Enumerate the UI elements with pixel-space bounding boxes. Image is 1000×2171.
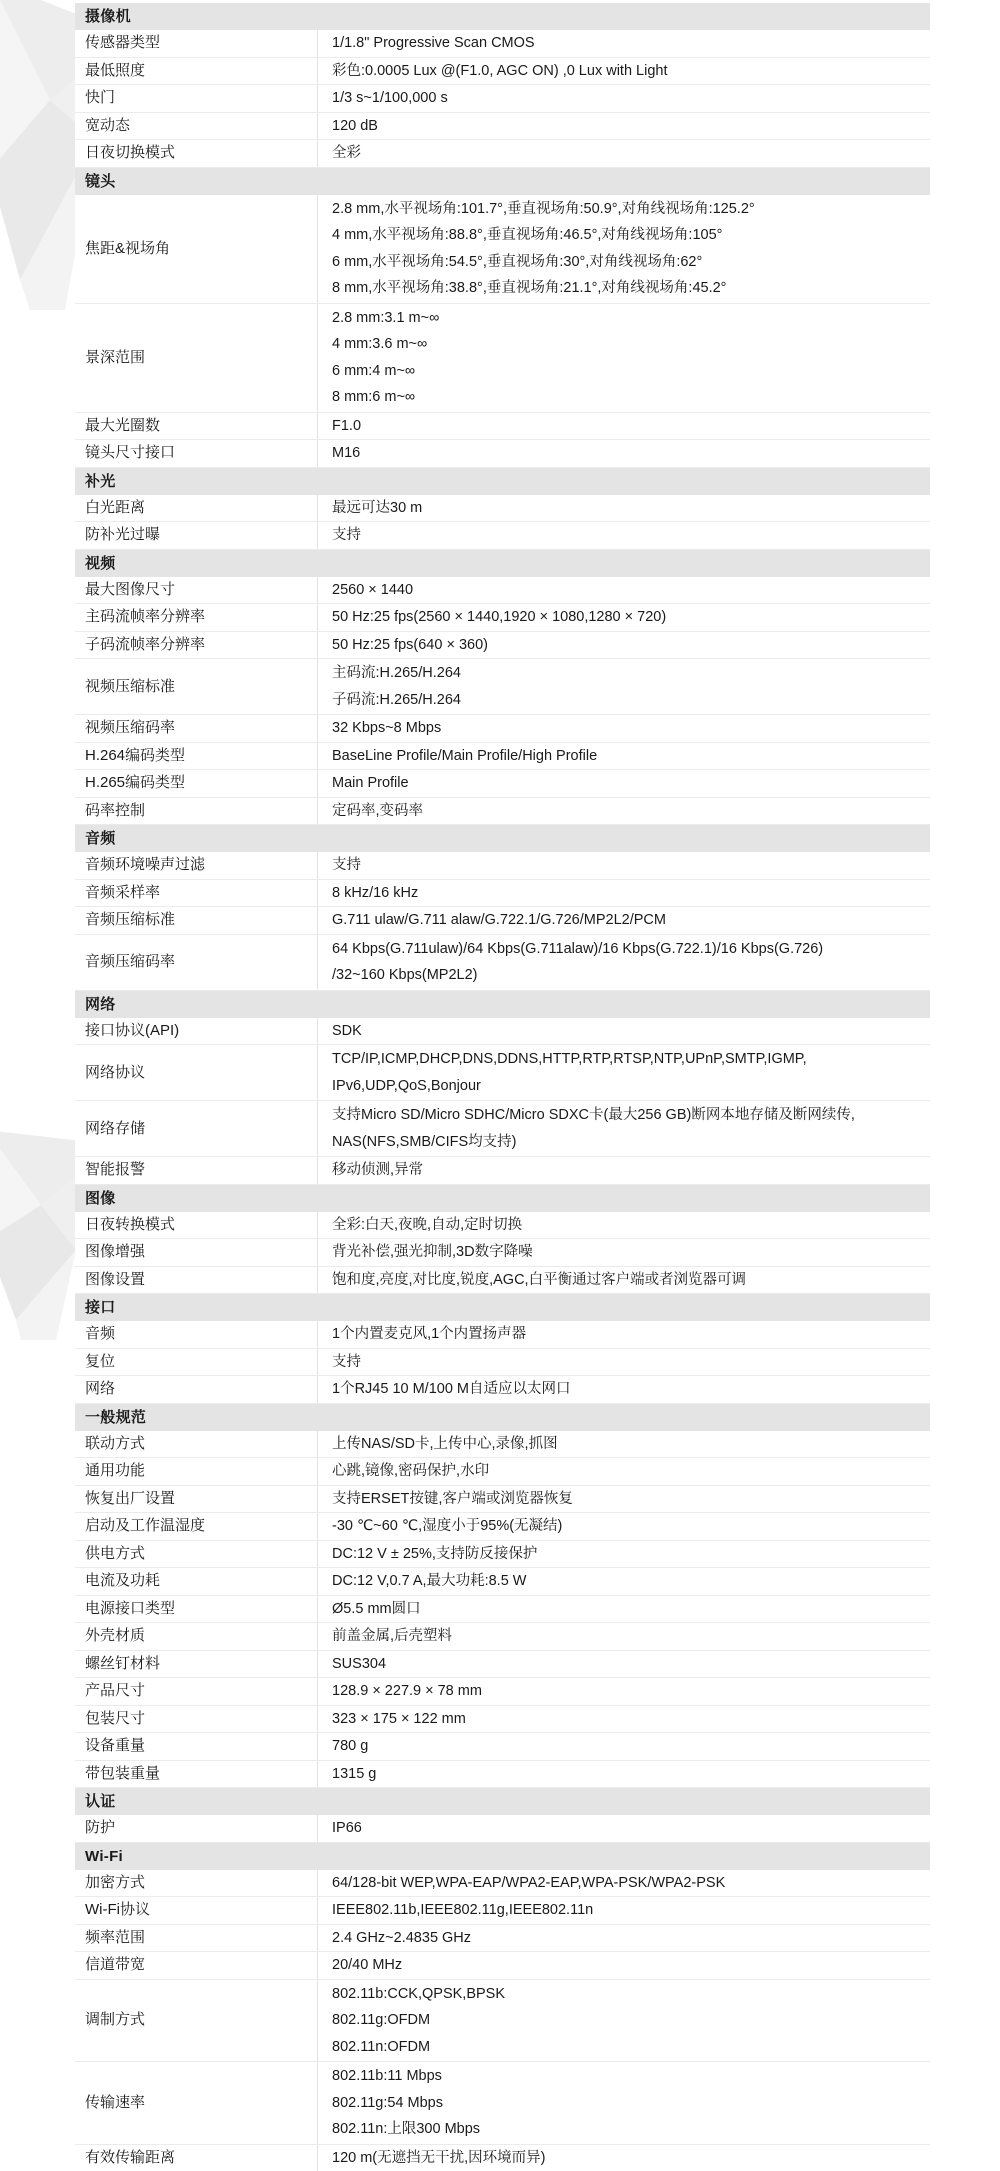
spec-value: 主码流:H.265/H.264子码流:H.265/H.264 — [317, 659, 930, 714]
spec-value: 支持 — [317, 522, 930, 549]
spec-row: 音频压缩标准G.711 ulaw/G.711 alaw/G.722.1/G.72… — [75, 907, 930, 935]
spec-label: 产品尺寸 — [75, 1678, 317, 1705]
spec-row: 外壳材质前盖金属,后壳塑料 — [75, 1623, 930, 1651]
spec-label: 加密方式 — [75, 1870, 317, 1897]
spec-label: 复位 — [75, 1349, 317, 1376]
section-header: 接口 — [75, 1294, 930, 1321]
spec-value-line: 802.11g:54 Mbps — [332, 2090, 920, 2117]
spec-row: 网络协议TCP/IP,ICMP,DHCP,DNS,DDNS,HTTP,RTP,R… — [75, 1045, 930, 1101]
spec-value-line: Ø5.5 mm圆口 — [332, 1596, 920, 1623]
spec-row: 传感器类型1/1.8" Progressive Scan CMOS — [75, 30, 930, 58]
spec-row: 图像增强背光补偿,强光抑制,3D数字降噪 — [75, 1239, 930, 1267]
spec-label: 智能报警 — [75, 1157, 317, 1184]
spec-value-line: 802.11b:CCK,QPSK,BPSK — [332, 1981, 920, 2008]
spec-label: 视频压缩码率 — [75, 715, 317, 742]
spec-value-line: 1/1.8" Progressive Scan CMOS — [332, 30, 920, 57]
spec-value-line: Main Profile — [332, 770, 920, 797]
spec-value-line: 50 Hz:25 fps(640 × 360) — [332, 632, 920, 659]
spec-label: 最大光圈数 — [75, 413, 317, 440]
spec-value-line: IPv6,UDP,QoS,Bonjour — [332, 1073, 920, 1100]
spec-row: 恢复出厂设置支持ERSET按键,客户端或浏览器恢复 — [75, 1486, 930, 1514]
spec-value: 支持 — [317, 1349, 930, 1376]
spec-row: 音频1个内置麦克风,1个内置扬声器 — [75, 1321, 930, 1349]
spec-value: 2.8 mm,水平视场角:101.7°,垂直视场角:50.9°,对角线视场角:1… — [317, 195, 930, 303]
spec-label: 音频采样率 — [75, 880, 317, 907]
section-header: 摄像机 — [75, 3, 930, 30]
spec-value-line: /32~160 Kbps(MP2L2) — [332, 962, 920, 989]
spec-row: 联动方式上传NAS/SD卡,上传中心,录像,抓图 — [75, 1431, 930, 1459]
spec-label: 外壳材质 — [75, 1623, 317, 1650]
spec-value: 全彩:白天,夜晚,自动,定时切换 — [317, 1212, 930, 1239]
spec-row: 图像设置饱和度,亮度,对比度,锐度,AGC,白平衡通过客户端或者浏览器可调 — [75, 1267, 930, 1295]
spec-value-line: M16 — [332, 440, 920, 467]
spec-value-line: 1/3 s~1/100,000 s — [332, 85, 920, 112]
spec-value-line: 120 m(无遮挡无干扰,因环境而异) — [332, 2145, 920, 2171]
spec-table: 摄像机传感器类型1/1.8" Progressive Scan CMOS最低照度… — [75, 3, 930, 2171]
spec-row: 子码流帧率分辨率50 Hz:25 fps(640 × 360) — [75, 632, 930, 660]
spec-row: 最大图像尺寸2560 × 1440 — [75, 577, 930, 605]
spec-label: 恢复出厂设置 — [75, 1486, 317, 1513]
spec-value: 1315 g — [317, 1761, 930, 1788]
spec-label: H.265编码类型 — [75, 770, 317, 797]
spec-value-line: 6 mm:4 m~∞ — [332, 358, 920, 385]
spec-value: 上传NAS/SD卡,上传中心,录像,抓图 — [317, 1431, 930, 1458]
spec-value-line: F1.0 — [332, 413, 920, 440]
spec-value-line: 全彩 — [332, 140, 920, 167]
spec-value-line: 1个RJ45 10 M/100 M自适应以太网口 — [332, 1376, 920, 1403]
spec-value: IEEE802.11b,IEEE802.11g,IEEE802.11n — [317, 1897, 930, 1924]
spec-value: F1.0 — [317, 413, 930, 440]
spec-value: Ø5.5 mm圆口 — [317, 1596, 930, 1623]
spec-value: 780 g — [317, 1733, 930, 1760]
spec-value: 支持 — [317, 852, 930, 879]
spec-value-line: 移动侦测,异常 — [332, 1157, 920, 1184]
spec-value-line: NAS(NFS,SMB/CIFS均支持) — [332, 1129, 920, 1156]
spec-row: 音频压缩码率64 Kbps(G.711ulaw)/64 Kbps(G.711al… — [75, 935, 930, 991]
spec-value-line: 全彩:白天,夜晚,自动,定时切换 — [332, 1212, 920, 1239]
spec-value: 彩色:0.0005 Lux @(F1.0, AGC ON) ,0 Lux wit… — [317, 58, 930, 85]
spec-value: 1/3 s~1/100,000 s — [317, 85, 930, 112]
spec-label: 音频压缩标准 — [75, 907, 317, 934]
spec-row: 通用功能心跳,镜像,密码保护,水印 — [75, 1458, 930, 1486]
spec-value: 802.11b:11 Mbps802.11g:54 Mbps802.11n:上限… — [317, 2062, 930, 2144]
spec-value-line: 上传NAS/SD卡,上传中心,录像,抓图 — [332, 1431, 920, 1458]
spec-row: H.264编码类型BaseLine Profile/Main Profile/H… — [75, 743, 930, 771]
spec-value: 定码率,变码率 — [317, 798, 930, 825]
spec-row: 镜头尺寸接口M16 — [75, 440, 930, 468]
spec-value-line: DC:12 V ± 25%,支持防反接保护 — [332, 1541, 920, 1568]
spec-value-line: 支持 — [332, 852, 920, 879]
spec-label: 镜头尺寸接口 — [75, 440, 317, 467]
spec-value: 支持Micro SD/Micro SDHC/Micro SDXC卡(最大256 … — [317, 1101, 930, 1156]
spec-label: 网络协议 — [75, 1045, 317, 1100]
spec-value: TCP/IP,ICMP,DHCP,DNS,DDNS,HTTP,RTP,RTSP,… — [317, 1045, 930, 1100]
spec-value: 50 Hz:25 fps(640 × 360) — [317, 632, 930, 659]
spec-value-line: 8 kHz/16 kHz — [332, 880, 920, 907]
spec-value-line: DC:12 V,0.7 A,最大功耗:8.5 W — [332, 1568, 920, 1595]
spec-value-line: 2560 × 1440 — [332, 577, 920, 604]
spec-row: 视频压缩标准主码流:H.265/H.264子码流:H.265/H.264 — [75, 659, 930, 715]
spec-row: 白光距离最远可达30 m — [75, 495, 930, 523]
spec-row: 日夜转换模式全彩:白天,夜晚,自动,定时切换 — [75, 1212, 930, 1240]
spec-value: 饱和度,亮度,对比度,锐度,AGC,白平衡通过客户端或者浏览器可调 — [317, 1267, 930, 1294]
spec-value-line: 120 dB — [332, 113, 920, 140]
spec-label: 信道带宽 — [75, 1952, 317, 1979]
spec-row: 主码流帧率分辨率50 Hz:25 fps(2560 × 1440,1920 × … — [75, 604, 930, 632]
spec-row: 供电方式DC:12 V ± 25%,支持防反接保护 — [75, 1541, 930, 1569]
spec-value: SDK — [317, 1018, 930, 1045]
spec-value-line: 780 g — [332, 1733, 920, 1760]
spec-row: 有效传输距离120 m(无遮挡无干扰,因环境而异) — [75, 2145, 930, 2171]
spec-row: 带包装重量1315 g — [75, 1761, 930, 1789]
spec-label: 视频压缩标准 — [75, 659, 317, 714]
spec-value-line: 1315 g — [332, 1761, 920, 1788]
spec-value: BaseLine Profile/Main Profile/High Profi… — [317, 743, 930, 770]
spec-row: 最低照度彩色:0.0005 Lux @(F1.0, AGC ON) ,0 Lux… — [75, 58, 930, 86]
spec-row: 智能报警移动侦测,异常 — [75, 1157, 930, 1185]
spec-row: 音频采样率8 kHz/16 kHz — [75, 880, 930, 908]
spec-value-line: 支持 — [332, 522, 920, 549]
spec-label: 音频环境噪声过滤 — [75, 852, 317, 879]
spec-value: -30 ℃~60 ℃,湿度小于95%(无凝结) — [317, 1513, 930, 1540]
spec-label: 设备重量 — [75, 1733, 317, 1760]
spec-row: 复位支持 — [75, 1349, 930, 1377]
spec-value-line: 802.11n:OFDM — [332, 2034, 920, 2061]
spec-value: 802.11b:CCK,QPSK,BPSK802.11g:OFDM802.11n… — [317, 1980, 930, 2062]
spec-row: 传输速率802.11b:11 Mbps802.11g:54 Mbps802.11… — [75, 2062, 930, 2145]
spec-value: M16 — [317, 440, 930, 467]
spec-label: 日夜转换模式 — [75, 1212, 317, 1239]
spec-label: 图像设置 — [75, 1267, 317, 1294]
spec-row: 频率范围2.4 GHz~2.4835 GHz — [75, 1925, 930, 1953]
spec-row: 加密方式64/128-bit WEP,WPA-EAP/WPA2-EAP,WPA-… — [75, 1870, 930, 1898]
spec-value: Main Profile — [317, 770, 930, 797]
spec-label: 包装尺寸 — [75, 1706, 317, 1733]
spec-label: 电源接口类型 — [75, 1596, 317, 1623]
spec-value: 32 Kbps~8 Mbps — [317, 715, 930, 742]
spec-label: 螺丝钉材料 — [75, 1651, 317, 1678]
section-header: 认证 — [75, 1788, 930, 1815]
spec-value-line: -30 ℃~60 ℃,湿度小于95%(无凝结) — [332, 1513, 920, 1540]
spec-row: 焦距&视场角2.8 mm,水平视场角:101.7°,垂直视场角:50.9°,对角… — [75, 195, 930, 304]
section-header: 图像 — [75, 1185, 930, 1212]
spec-label: 景深范围 — [75, 304, 317, 412]
section-header: 补光 — [75, 468, 930, 495]
spec-value-line: 64/128-bit WEP,WPA-EAP/WPA2-EAP,WPA-PSK/… — [332, 1870, 920, 1897]
spec-label: 供电方式 — [75, 1541, 317, 1568]
spec-row: 码率控制定码率,变码率 — [75, 798, 930, 826]
spec-label: 子码流帧率分辨率 — [75, 632, 317, 659]
spec-value-line: 50 Hz:25 fps(2560 × 1440,1920 × 1080,128… — [332, 604, 920, 631]
spec-label: 图像增强 — [75, 1239, 317, 1266]
section-header: Wi-Fi — [75, 1843, 930, 1870]
spec-value: 1个内置麦克风,1个内置扬声器 — [317, 1321, 930, 1348]
spec-row: 音频环境噪声过滤支持 — [75, 852, 930, 880]
spec-value-line: 802.11n:上限300 Mbps — [332, 2116, 920, 2143]
spec-label: 防护 — [75, 1815, 317, 1842]
spec-value: SUS304 — [317, 1651, 930, 1678]
spec-row: 视频压缩码率32 Kbps~8 Mbps — [75, 715, 930, 743]
spec-value: 128.9 × 227.9 × 78 mm — [317, 1678, 930, 1705]
spec-row: 电源接口类型Ø5.5 mm圆口 — [75, 1596, 930, 1624]
spec-label: 传感器类型 — [75, 30, 317, 57]
spec-value-line: 支持Micro SD/Micro SDHC/Micro SDXC卡(最大256 … — [332, 1102, 920, 1129]
spec-value-line: 背光补偿,强光抑制,3D数字降噪 — [332, 1239, 920, 1266]
spec-row: 宽动态120 dB — [75, 113, 930, 141]
spec-value-line: 1个内置麦克风,1个内置扬声器 — [332, 1321, 920, 1348]
spec-value: 120 dB — [317, 113, 930, 140]
spec-row: 日夜切换模式全彩 — [75, 140, 930, 168]
section-header: 音频 — [75, 825, 930, 852]
spec-value-line: 128.9 × 227.9 × 78 mm — [332, 1678, 920, 1705]
spec-label: 带包装重量 — [75, 1761, 317, 1788]
spec-label: 频率范围 — [75, 1925, 317, 1952]
spec-value-line: 2.8 mm:3.1 m~∞ — [332, 305, 920, 332]
spec-value-line: 4 mm,水平视场角:88.8°,垂直视场角:46.5°,对角线视场角:105° — [332, 222, 920, 249]
spec-value: 1个RJ45 10 M/100 M自适应以太网口 — [317, 1376, 930, 1403]
spec-row: 启动及工作温湿度-30 ℃~60 ℃,湿度小于95%(无凝结) — [75, 1513, 930, 1541]
section-header: 网络 — [75, 991, 930, 1018]
spec-value: 8 kHz/16 kHz — [317, 880, 930, 907]
spec-value: 50 Hz:25 fps(2560 × 1440,1920 × 1080,128… — [317, 604, 930, 631]
section-header: 一般规范 — [75, 1404, 930, 1431]
spec-row: 防补光过曝支持 — [75, 522, 930, 550]
spec-value: 323 × 175 × 122 mm — [317, 1706, 930, 1733]
spec-value: 前盖金属,后壳塑料 — [317, 1623, 930, 1650]
spec-label: Wi-Fi协议 — [75, 1897, 317, 1924]
spec-label: H.264编码类型 — [75, 743, 317, 770]
spec-value-line: 支持 — [332, 1349, 920, 1376]
spec-value: 2.8 mm:3.1 m~∞4 mm:3.6 m~∞6 mm:4 m~∞8 mm… — [317, 304, 930, 412]
spec-label: 防补光过曝 — [75, 522, 317, 549]
spec-row: 调制方式802.11b:CCK,QPSK,BPSK802.11g:OFDM802… — [75, 1980, 930, 2063]
spec-label: 宽动态 — [75, 113, 317, 140]
spec-value: DC:12 V ± 25%,支持防反接保护 — [317, 1541, 930, 1568]
spec-label: 码率控制 — [75, 798, 317, 825]
spec-value: 2.4 GHz~2.4835 GHz — [317, 1925, 930, 1952]
spec-value-line: 2.4 GHz~2.4835 GHz — [332, 1925, 920, 1952]
spec-label: 启动及工作温湿度 — [75, 1513, 317, 1540]
spec-value-line: 支持ERSET按键,客户端或浏览器恢复 — [332, 1486, 920, 1513]
spec-value: 最远可达30 m — [317, 495, 930, 522]
spec-value: 移动侦测,异常 — [317, 1157, 930, 1184]
spec-value: 背光补偿,强光抑制,3D数字降噪 — [317, 1239, 930, 1266]
spec-value-line: SUS304 — [332, 1651, 920, 1678]
spec-value-line: SDK — [332, 1018, 920, 1045]
spec-row: 产品尺寸128.9 × 227.9 × 78 mm — [75, 1678, 930, 1706]
spec-label: 电流及功耗 — [75, 1568, 317, 1595]
spec-value-line: 64 Kbps(G.711ulaw)/64 Kbps(G.711alaw)/16… — [332, 936, 920, 963]
spec-value-line: IP66 — [332, 1815, 920, 1842]
spec-label: 最大图像尺寸 — [75, 577, 317, 604]
spec-value: 全彩 — [317, 140, 930, 167]
spec-label: 传输速率 — [75, 2062, 317, 2144]
spec-value: G.711 ulaw/G.711 alaw/G.722.1/G.726/MP2L… — [317, 907, 930, 934]
spec-value-line: 802.11g:OFDM — [332, 2007, 920, 2034]
spec-label: 网络 — [75, 1376, 317, 1403]
spec-value-line: 802.11b:11 Mbps — [332, 2063, 920, 2090]
spec-value-line: IEEE802.11b,IEEE802.11g,IEEE802.11n — [332, 1897, 920, 1924]
spec-value-line: 子码流:H.265/H.264 — [332, 687, 920, 714]
spec-value: 64/128-bit WEP,WPA-EAP/WPA2-EAP,WPA-PSK/… — [317, 1870, 930, 1897]
section-header: 视频 — [75, 550, 930, 577]
spec-value: IP66 — [317, 1815, 930, 1842]
spec-row: Wi-Fi协议IEEE802.11b,IEEE802.11g,IEEE802.1… — [75, 1897, 930, 1925]
spec-row: 包装尺寸323 × 175 × 122 mm — [75, 1706, 930, 1734]
spec-label: 音频 — [75, 1321, 317, 1348]
spec-label: 快门 — [75, 85, 317, 112]
spec-value: 120 m(无遮挡无干扰,因环境而异) — [317, 2145, 930, 2171]
spec-row: H.265编码类型Main Profile — [75, 770, 930, 798]
spec-label: 联动方式 — [75, 1431, 317, 1458]
spec-row: 设备重量780 g — [75, 1733, 930, 1761]
spec-row: 最大光圈数F1.0 — [75, 413, 930, 441]
spec-value: 64 Kbps(G.711ulaw)/64 Kbps(G.711alaw)/16… — [317, 935, 930, 990]
spec-value-line: TCP/IP,ICMP,DHCP,DNS,DDNS,HTTP,RTP,RTSP,… — [332, 1046, 920, 1073]
spec-label: 主码流帧率分辨率 — [75, 604, 317, 631]
spec-value: 2560 × 1440 — [317, 577, 930, 604]
spec-value-line: 4 mm:3.6 m~∞ — [332, 331, 920, 358]
spec-label: 日夜切换模式 — [75, 140, 317, 167]
spec-value: 1/1.8" Progressive Scan CMOS — [317, 30, 930, 57]
spec-value-line: 前盖金属,后壳塑料 — [332, 1623, 920, 1650]
spec-row: 电流及功耗DC:12 V,0.7 A,最大功耗:8.5 W — [75, 1568, 930, 1596]
section-header: 镜头 — [75, 168, 930, 195]
spec-row: 网络存储支持Micro SD/Micro SDHC/Micro SDXC卡(最大… — [75, 1101, 930, 1157]
spec-value-line: 饱和度,亮度,对比度,锐度,AGC,白平衡通过客户端或者浏览器可调 — [332, 1267, 920, 1294]
spec-row: 螺丝钉材料SUS304 — [75, 1651, 930, 1679]
spec-row: 景深范围2.8 mm:3.1 m~∞4 mm:3.6 m~∞6 mm:4 m~∞… — [75, 304, 930, 413]
spec-value: 20/40 MHz — [317, 1952, 930, 1979]
spec-value-line: 6 mm,水平视场角:54.5°,垂直视场角:30°,对角线视场角:62° — [332, 249, 920, 276]
spec-label: 音频压缩码率 — [75, 935, 317, 990]
spec-label: 接口协议(API) — [75, 1018, 317, 1045]
spec-value-line: G.711 ulaw/G.711 alaw/G.722.1/G.726/MP2L… — [332, 907, 920, 934]
spec-value-line: 20/40 MHz — [332, 1952, 920, 1979]
spec-row: 信道带宽20/40 MHz — [75, 1952, 930, 1980]
spec-value: DC:12 V,0.7 A,最大功耗:8.5 W — [317, 1568, 930, 1595]
spec-label: 最低照度 — [75, 58, 317, 85]
spec-value-line: 彩色:0.0005 Lux @(F1.0, AGC ON) ,0 Lux wit… — [332, 58, 920, 85]
spec-value-line: 心跳,镜像,密码保护,水印 — [332, 1458, 920, 1485]
spec-value: 心跳,镜像,密码保护,水印 — [317, 1458, 930, 1485]
spec-label: 网络存储 — [75, 1101, 317, 1156]
spec-value-line: 323 × 175 × 122 mm — [332, 1706, 920, 1733]
spec-value-line: 2.8 mm,水平视场角:101.7°,垂直视场角:50.9°,对角线视场角:1… — [332, 196, 920, 223]
spec-label: 调制方式 — [75, 1980, 317, 2062]
spec-value-line: 32 Kbps~8 Mbps — [332, 715, 920, 742]
spec-value-line: 最远可达30 m — [332, 495, 920, 522]
spec-value-line: 定码率,变码率 — [332, 798, 920, 825]
spec-label: 通用功能 — [75, 1458, 317, 1485]
spec-value-line: 8 mm:6 m~∞ — [332, 384, 920, 411]
spec-row: 防护IP66 — [75, 1815, 930, 1843]
spec-value-line: BaseLine Profile/Main Profile/High Profi… — [332, 743, 920, 770]
spec-label: 焦距&视场角 — [75, 195, 317, 303]
spec-value-line: 8 mm,水平视场角:38.8°,垂直视场角:21.1°,对角线视场角:45.2… — [332, 275, 920, 302]
spec-value: 支持ERSET按键,客户端或浏览器恢复 — [317, 1486, 930, 1513]
spec-row: 快门1/3 s~1/100,000 s — [75, 85, 930, 113]
spec-label: 白光距离 — [75, 495, 317, 522]
spec-label: 有效传输距离 — [75, 2145, 317, 2171]
spec-value-line: 主码流:H.265/H.264 — [332, 660, 920, 687]
spec-row: 网络1个RJ45 10 M/100 M自适应以太网口 — [75, 1376, 930, 1404]
spec-row: 接口协议(API)SDK — [75, 1018, 930, 1046]
